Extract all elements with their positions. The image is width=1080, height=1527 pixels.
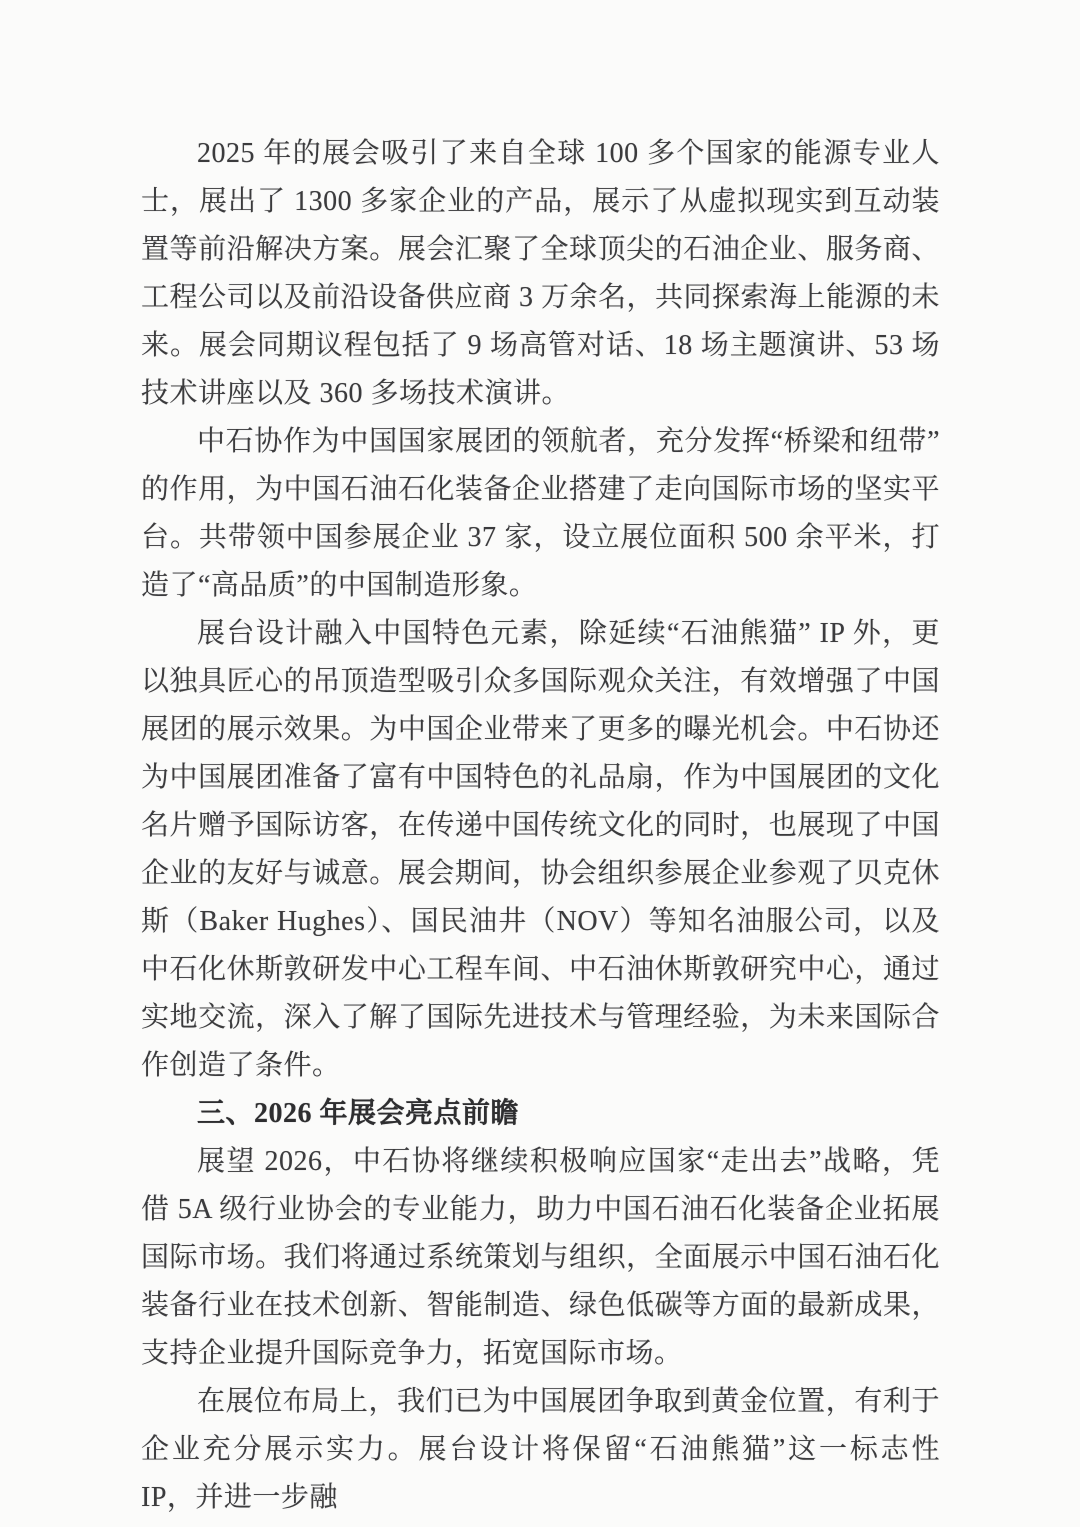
paragraph-association-role: 中石协作为中国国家展团的领航者，充分发挥“桥梁和纽带”的作用，为中国石油石化装备… — [141, 418, 940, 610]
paragraph-booth-layout: 在展位布局上，我们已为中国展团争取到黄金位置，有利于企业充分展示实力。展台设计将… — [141, 1378, 940, 1522]
document-body: 2025 年的展会吸引了来自全球 100 多个国家的能源专业人士，展出了 130… — [141, 130, 940, 1522]
paragraph-2025-overview: 2025 年的展会吸引了来自全球 100 多个国家的能源专业人士，展出了 130… — [141, 130, 940, 418]
section-heading-2026-outlook: 三、2026 年展会亮点前瞻 — [141, 1090, 940, 1138]
paragraph-2026-strategy: 展望 2026，中石协将继续积极响应国家“走出去”战略，凭借 5A 级行业协会的… — [141, 1138, 940, 1378]
document-page: 2025 年的展会吸引了来自全球 100 多个国家的能源专业人士，展出了 130… — [0, 0, 1080, 1527]
paragraph-booth-design: 展台设计融入中国特色元素，除延续“石油熊猫” IP 外，更以独具匠心的吊顶造型吸… — [141, 610, 940, 1090]
